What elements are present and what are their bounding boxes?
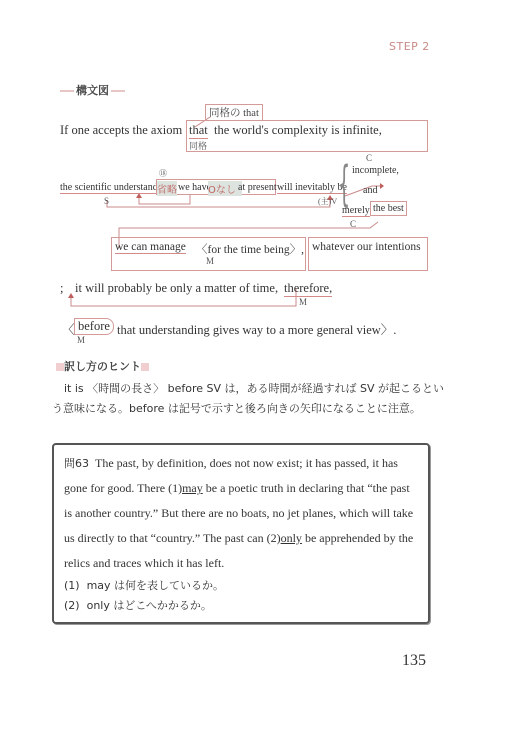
question-item-1: (1) may は何を表しているか。 xyxy=(64,577,224,593)
item-2-number: (2) xyxy=(64,599,80,612)
item-2-text: only はどこへかかるか。 xyxy=(87,599,212,612)
and-text: and xyxy=(363,185,377,196)
underlined-may: may xyxy=(182,481,203,495)
question-number: 問63 xyxy=(64,457,89,470)
object-none-tag: Oなし xyxy=(208,181,242,196)
line1-c-label: C xyxy=(366,153,372,163)
complement-c-label: C xyxy=(350,219,356,229)
subject-s-label: S xyxy=(104,196,109,206)
semicolon: ; xyxy=(60,281,63,296)
line5-m-label: M xyxy=(77,335,85,345)
question-item-2: (2) only はどこへかかるか。 xyxy=(64,597,212,613)
line1-prefix: If one accepts the axiom xyxy=(60,123,182,138)
that-word: that xyxy=(189,123,208,139)
verb-phrase: will inevitably be xyxy=(277,182,347,194)
therefore-word: therefore, xyxy=(284,281,332,297)
question-box: 問63 The past, by definition, does not no… xyxy=(52,443,430,624)
line5-text: that understanding gives way to a more g… xyxy=(117,320,396,338)
we-can-manage: we can manage xyxy=(115,241,186,254)
hint-square-left xyxy=(56,363,64,371)
bracket-open: 〈 xyxy=(62,320,75,338)
line4-m-label: M xyxy=(299,297,307,307)
hint-title: 訳し方のヒント xyxy=(56,358,149,374)
the-best-box: the best xyxy=(370,201,407,216)
at-present-text: at present xyxy=(238,182,277,193)
whatever-our-intentions: whatever our intentions xyxy=(312,241,421,253)
item-1-text: may は何を表しているか。 xyxy=(87,579,224,592)
relative-clause-text: we have xyxy=(178,182,211,193)
line4-text: it will probably be only a matter of tim… xyxy=(75,281,278,296)
verb-v-label: (主)V xyxy=(318,196,337,207)
incomplete-text: incomplete, xyxy=(352,165,399,176)
appositive-callout: 同格の that xyxy=(205,104,263,121)
question-passage: 問63 The past, by definition, does not no… xyxy=(64,451,420,576)
appositive-clause-text: the world's complexity is infinite, xyxy=(214,123,382,138)
page-number: 135 xyxy=(402,652,426,670)
omitted-tag: 省略 xyxy=(157,181,177,196)
hint-line-2: う意味になる。before は記号で示すと後ろ向きの矢印になることに注意。 xyxy=(52,400,421,416)
hint-line-1: it is 〈時間の長さ〉 before SV は，ある時間が経過すれば SV … xyxy=(64,380,444,396)
for-the-time-being: 〈for the time being〉, xyxy=(196,241,304,257)
merely-text: merely xyxy=(342,205,370,217)
hint-title-text: 訳し方のヒント xyxy=(64,360,141,373)
appositive-label: 同格 xyxy=(189,139,207,152)
subject-phrase: the scientific understanding xyxy=(60,182,171,194)
hint-square-right xyxy=(141,363,149,371)
line3-m-label: M xyxy=(206,256,214,266)
brace: { xyxy=(338,160,350,208)
underlined-only: only xyxy=(281,531,302,545)
item-1-number: (1) xyxy=(64,579,80,592)
omitted-mark: ⑱ xyxy=(159,168,167,179)
before-arrow-box: before xyxy=(74,318,114,335)
